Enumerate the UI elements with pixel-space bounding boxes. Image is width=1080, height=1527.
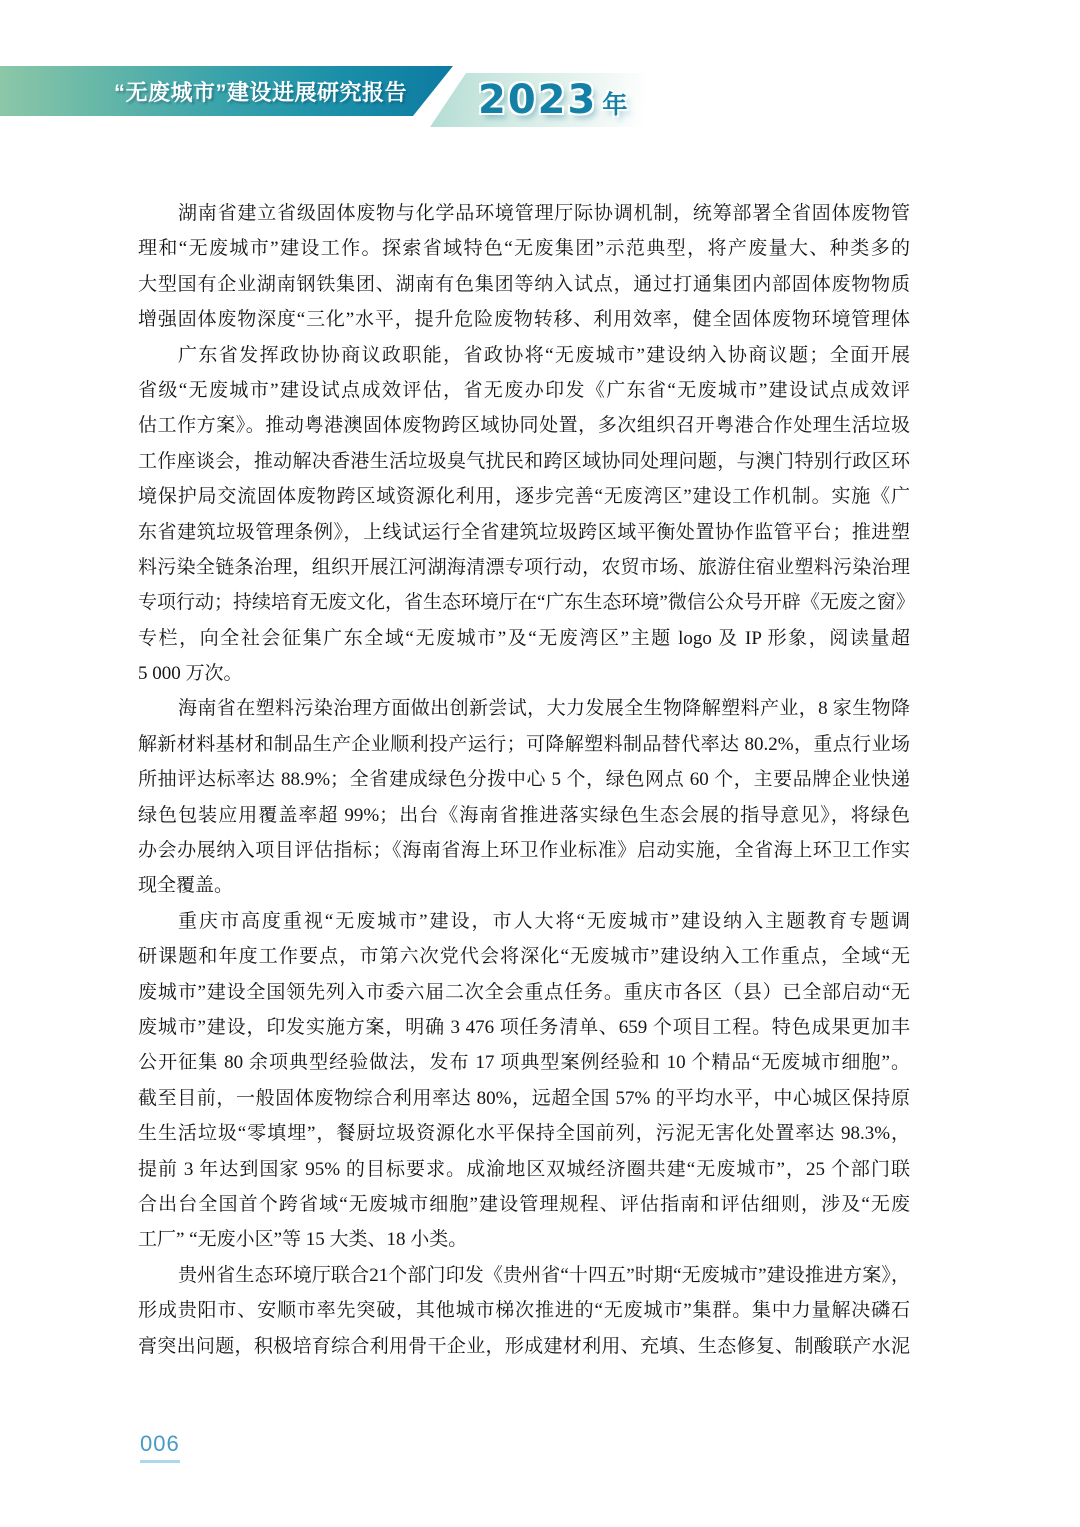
text-line: 专项行动；持续培育无废文化，省生态环境厅在“广东生态环境”微信公众号开辟《无废之… — [138, 585, 910, 620]
header-banner: “无废城市”建设进展研究报告 — [0, 66, 453, 116]
text-line: 重庆市高度重视“无废城市”建设，市人大将“无废城市”建设纳入主题教育专题调 — [138, 904, 910, 939]
report-page: “无废城市”建设进展研究报告 2023年 湖南省建立省级固体废物与化学品环境管理… — [0, 0, 1080, 1527]
text-line: 生生活垃圾“零填埋”，餐厨垃圾资源化水平保持全国前列，污泥无害化处置率达 98.… — [138, 1116, 910, 1151]
text-line: 废城市”建设全国领先列入市委六届二次全会重点任务。重庆市各区（县）已全部启动“无 — [138, 975, 910, 1010]
text-line: 形成贵阳市、安顺市率先突破，其他城市梯次推进的“无废城市”集群。集中力量解决磷石 — [138, 1293, 910, 1328]
text-line: 大型国有企业湖南钢铁集团、湖南有色集团等纳入试点，通过打通集团内部固体废物物质流… — [138, 267, 910, 302]
text-line: 境保护局交流固体废物跨区域资源化利用，逐步完善“无废湾区”建设工作机制。实施《广 — [138, 479, 910, 514]
text-line: 工作座谈会，推动解决香港生活垃圾臭气扰民和跨区域协同处理问题，与澳门特别行政区环 — [138, 444, 910, 479]
text-line: 截至目前，一般固体废物综合利用率达 80%，远超全国 57% 的平均水平，中心城… — [138, 1081, 910, 1116]
text-line: 提前 3 年达到国家 95% 的目标要求。成渝地区双城经济圈共建“无废城市”，2… — [138, 1152, 910, 1187]
year-value: 2023 — [478, 77, 597, 123]
text-line: 公开征集 80 余项典型经验做法，发布 17 项典型案例经验和 10 个精品“无… — [138, 1045, 910, 1080]
text-line: 增强固体废物深度“三化”水平，提升危险废物转移、利用效率，健全固体废物环境管理体… — [138, 302, 910, 337]
report-title: “无废城市”建设进展研究报告 — [114, 76, 453, 107]
year-suffix: 年 — [602, 90, 627, 119]
text-line: 研课题和年度工作要点，市第六次党代会将深化“无废城市”建设纳入工作重点，全域“无 — [138, 939, 910, 974]
text-line: 专栏，向全社会征集广东全域“无废城市”及“无废湾区”主题 logo 及 IP 形… — [138, 621, 910, 656]
text-line: 工厂” “无废小区”等 15 大类、18 小类。 — [138, 1222, 910, 1257]
text-line: 现全覆盖。 — [138, 868, 910, 903]
text-line: 合出台全国首个跨省域“无废城市细胞”建设管理规程、评估指南和评估细则，涉及“无废 — [138, 1187, 910, 1222]
report-year: 2023年 — [478, 80, 627, 120]
text-line: 所抽评达标率达 88.9%；全省建成绿色分拨中心 5 个，绿色网点 60 个，主… — [138, 762, 910, 797]
body-text: 湖南省建立省级固体废物与化学品环境管理厅际协调机制，统筹部署全省固体废物管理和“… — [138, 196, 910, 1364]
text-line: 广东省发挥政协协商议政职能，省政协将“无废城市”建设纳入协商议题；全面开展 — [138, 338, 910, 373]
text-line: 海南省在塑料污染治理方面做出创新尝试，大力发展全生物降解塑料产业，8 家生物降 — [138, 691, 910, 726]
text-line: 5 000 万次。 — [138, 656, 910, 691]
text-line: 省级“无废城市”建设试点成效评估，省无废办印发《广东省“无废城市”建设试点成效评 — [138, 373, 910, 408]
text-line: 理和“无废城市”建设工作。探索省域特色“无废集团”示范典型，将产废量大、种类多的 — [138, 231, 910, 266]
text-line: 绿色包装应用覆盖率超 99%；出台《海南省推进落实绿色生态会展的指导意见》，将绿… — [138, 798, 910, 833]
header-year-band: 2023年 — [420, 73, 718, 127]
text-line: 湖南省建立省级固体废物与化学品环境管理厅际协调机制，统筹部署全省固体废物管 — [138, 196, 910, 231]
text-line: 解新材料基材和制品生产企业顺利投产运行；可降解塑料制品替代率达 80.2%，重点… — [138, 727, 910, 762]
text-line: 贵州省生态环境厅联合21个部门印发《贵州省“十四五”时期“无废城市”建设推进方案… — [138, 1258, 910, 1293]
text-line: 办会办展纳入项目评估指标；《海南省海上环卫作业标准》启动实施，全省海上环卫工作实 — [138, 833, 910, 868]
page-number: 006 — [140, 1431, 180, 1463]
text-line: 估工作方案》。推动粤港澳固体废物跨区域协同处置，多次组织召开粤港合作处理生活垃圾 — [138, 408, 910, 443]
text-line: 料污染全链条治理，组织开展江河湖海清漂专项行动，农贸市场、旅游住宿业塑料污染治理 — [138, 550, 910, 585]
text-line: 膏突出问题，积极培育综合利用骨干企业，形成建材利用、充填、生态修复、制酸联产水泥 — [138, 1329, 910, 1364]
text-line: 东省建筑垃圾管理条例》，上线试运行全省建筑垃圾跨区域平衡处置协作监管平台；推进塑 — [138, 515, 910, 550]
text-line: 废城市”建设，印发实施方案，明确 3 476 项任务清单、659 个项目工程。特… — [138, 1010, 910, 1045]
